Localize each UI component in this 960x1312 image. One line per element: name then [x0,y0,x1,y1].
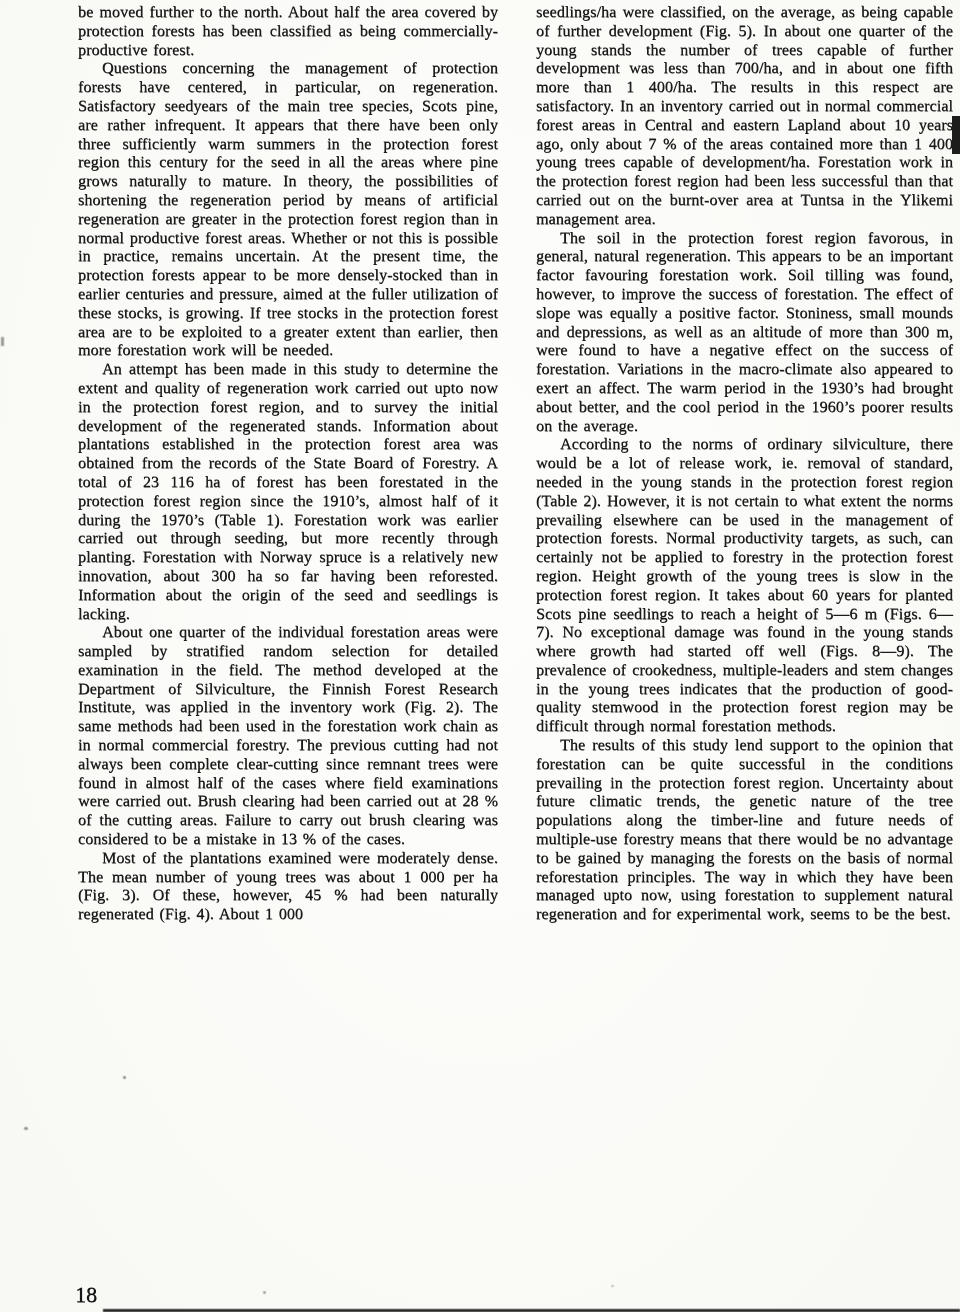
paragraph: be moved further to the north. About hal… [78,4,498,60]
text-column-right: seedlings/ha were classified, on the ave… [536,4,953,925]
paragraph: About one quarter of the individual fore… [78,624,498,850]
page-number: 18 [75,1282,97,1308]
scan-speck [24,1127,28,1130]
paragraph: seedlings/ha were classified, on the ave… [536,4,953,230]
paragraph: The soil in the protection forest region… [536,230,953,437]
paragraph: An attempt has been made in this study t… [78,361,498,624]
scan-artifact-right-edge [952,116,960,154]
scanned-page: be moved further to the north. About hal… [0,0,960,1312]
scan-speck [123,1076,126,1079]
paragraph: Most of the plantations examined were mo… [78,850,498,925]
paragraph: According to the norms of ordinary silvi… [536,436,953,737]
paragraph: The results of this study lend support t… [536,737,953,925]
paragraph: Questions concerning the management of p… [78,60,498,361]
scan-speck [611,1285,614,1287]
scan-speck [263,1291,266,1294]
text-column-left: be moved further to the north. About hal… [78,4,498,925]
scan-artifact-left-edge [1,337,4,346]
